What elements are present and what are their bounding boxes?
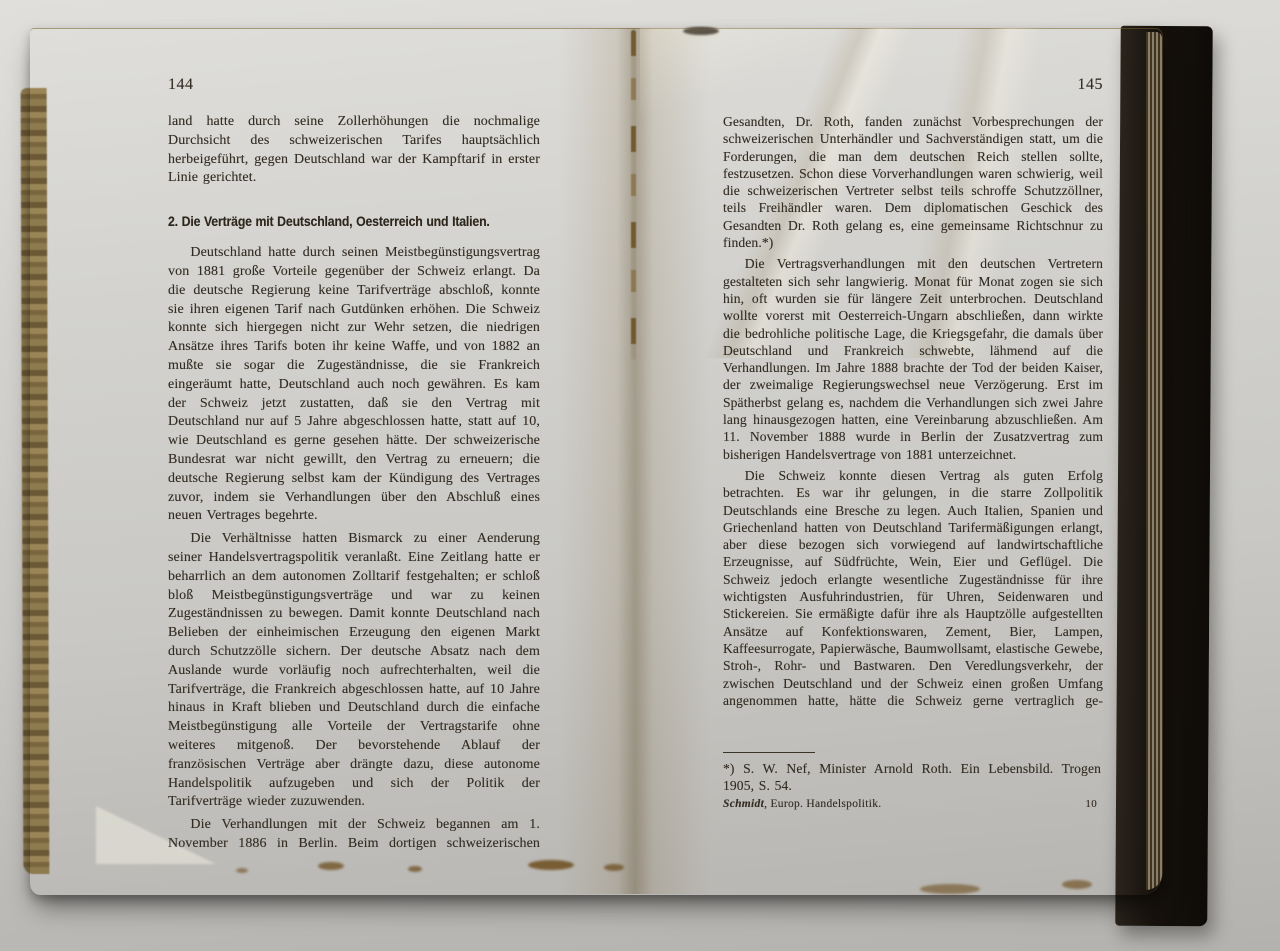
paragraph-continuation: land hatte durch seine Zollerhöhungen di… <box>168 113 540 188</box>
gutter-stains <box>631 30 636 360</box>
paragraph: Die Vertragsverhandlungen mit den deutsc… <box>723 255 1103 463</box>
foxing-spot <box>236 868 248 873</box>
footnote-rule <box>723 752 815 753</box>
footnote: *) S. W. Nef, Minister Arnold Roth. Ein … <box>723 760 1101 795</box>
top-gutter-stain <box>683 27 719 35</box>
photo-backdrop: 144 land hatte durch seine Zollerhöhunge… <box>0 0 1280 951</box>
sheet-number: 10 <box>1085 798 1101 810</box>
foxing-spot <box>604 864 624 871</box>
page-edges-right <box>1146 32 1162 890</box>
page-left: 144 land hatte durch seine Zollerhöhunge… <box>168 76 540 854</box>
running-signature: Schmidt, Europ. Handelspolitik. <box>723 798 882 810</box>
page-number-left: 144 <box>168 76 540 94</box>
section-heading: 2. Die Verträge mit Deutschland, Oesterr… <box>168 213 495 229</box>
foxing-spot <box>920 884 980 894</box>
foxing-spot <box>408 866 422 872</box>
paragraph: Deutschland hatte durch seinen Meistbegü… <box>168 244 540 526</box>
foxing-spot <box>528 860 574 870</box>
paragraph: Die Verhältnisse hatten Bismarck zu eine… <box>168 530 540 812</box>
foxing-spot <box>318 862 344 870</box>
signature-title: , Europ. Handelspolitik. <box>764 798 881 810</box>
paragraph: Die Verhandlungen mit der Schweiz begann… <box>168 816 540 854</box>
foxing-spot <box>1062 880 1092 889</box>
page-number-right: 145 <box>723 76 1103 94</box>
paragraph: Die Schweiz konnte diesen Vertrag als gu… <box>723 467 1103 709</box>
paragraph-continuation: Gesandten, Dr. Roth, fanden zunächst Vor… <box>723 113 1103 251</box>
page-right: 145 Gesandten, Dr. Roth, fanden zunächst… <box>723 76 1103 836</box>
signature-author: Schmidt <box>723 798 764 810</box>
signature-line: Schmidt, Europ. Handelspolitik. 10 <box>723 798 1101 810</box>
